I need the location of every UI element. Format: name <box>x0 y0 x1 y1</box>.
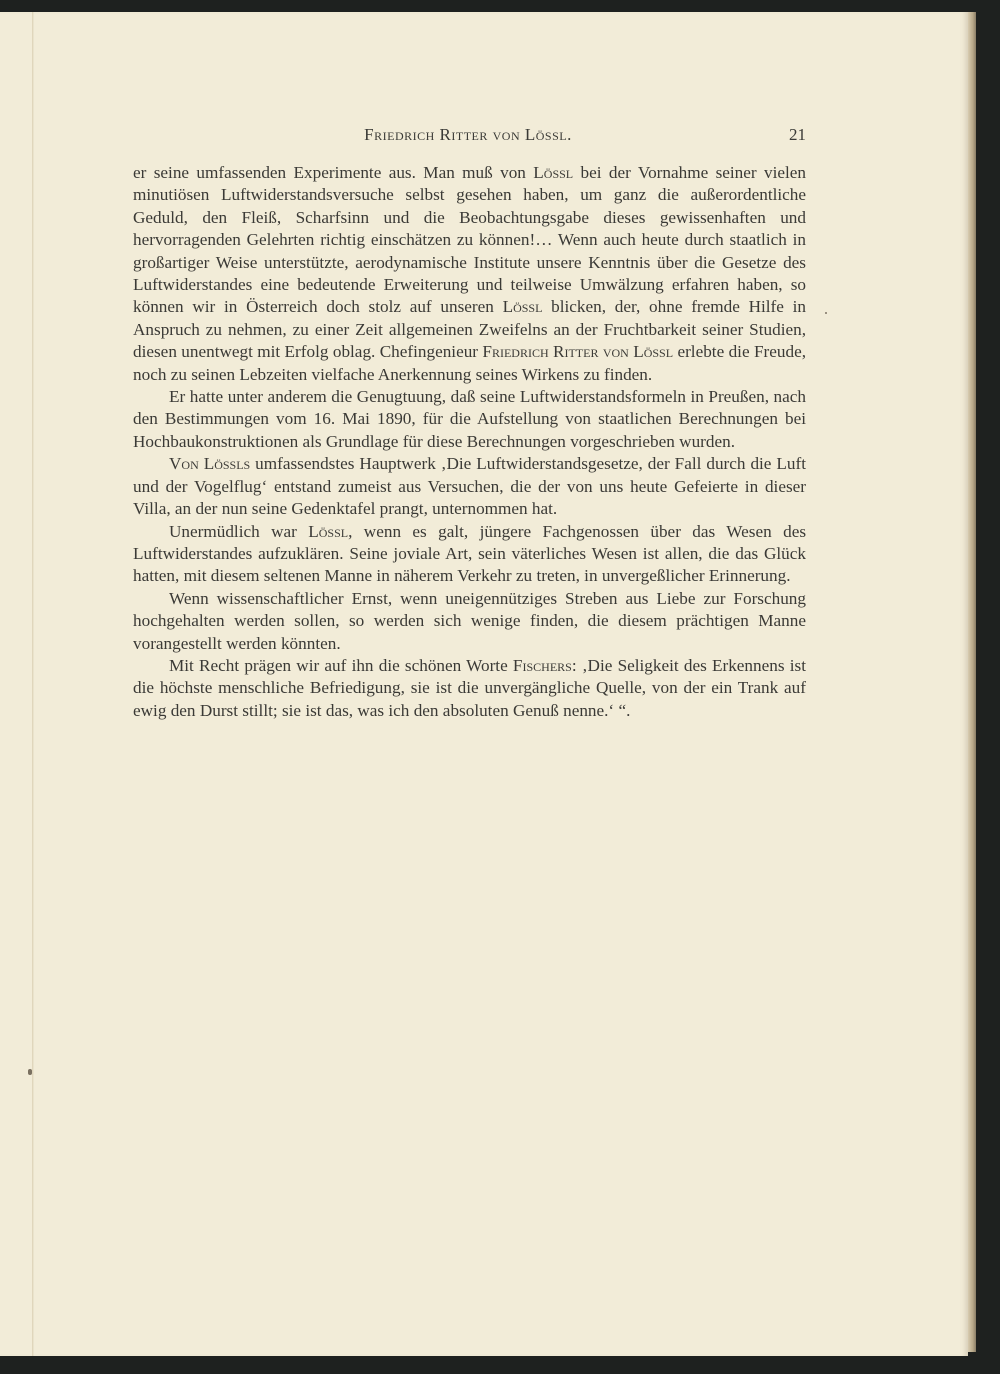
running-head-title: Friedrich Ritter von Lössl. <box>130 125 806 145</box>
name-small-caps: Fischers <box>513 656 572 675</box>
paragraph-1: er seine umfassenden Experimente aus. Ma… <box>133 162 806 386</box>
paragraph-4: Unermüdlich war Lössl, wenn es galt, jün… <box>133 521 806 588</box>
running-header: Friedrich Ritter von Lössl. 21 <box>130 125 806 147</box>
paragraph-3: Von Lössls umfassendstes Hauptwerk ‚Die … <box>133 453 806 520</box>
text-run: Wenn wissenschaftlicher Ernst, wenn unei… <box>133 589 806 653</box>
name-small-caps: Lössl <box>533 163 573 182</box>
name-small-caps: Lössl <box>503 297 543 316</box>
name-small-caps: Von Lössls <box>169 454 250 473</box>
paragraph-6: Mit Recht prägen wir auf ihn die schönen… <box>133 655 806 722</box>
margin-speck <box>825 312 827 314</box>
text-run: Er hatte unter anderem die Genugtuung, d… <box>133 387 806 451</box>
page-fold-line <box>32 12 34 1356</box>
margin-mark <box>28 1069 32 1075</box>
text-run: bei der Vornahme seiner vielen minutiöse… <box>133 163 806 316</box>
body-text: er seine umfassenden Experimente aus. Ma… <box>133 162 806 722</box>
text-run: er seine umfassenden Experimente aus. Ma… <box>133 163 533 182</box>
name-small-caps: Lössl <box>308 522 348 541</box>
paragraph-2: Er hatte unter anderem die Genugtuung, d… <box>133 386 806 453</box>
page-number: 21 <box>789 125 806 145</box>
text-run: Unermüdlich war <box>169 522 308 541</box>
text-run: Mit Recht prägen wir auf ihn die schönen… <box>169 656 513 675</box>
paragraph-5: Wenn wissenschaftlicher Ernst, wenn unei… <box>133 588 806 655</box>
page-stack-edge <box>968 12 976 1352</box>
name-small-caps: Friedrich Ritter von Lössl <box>482 342 673 361</box>
book-page: Friedrich Ritter von Lössl. 21 er seine … <box>0 12 968 1356</box>
